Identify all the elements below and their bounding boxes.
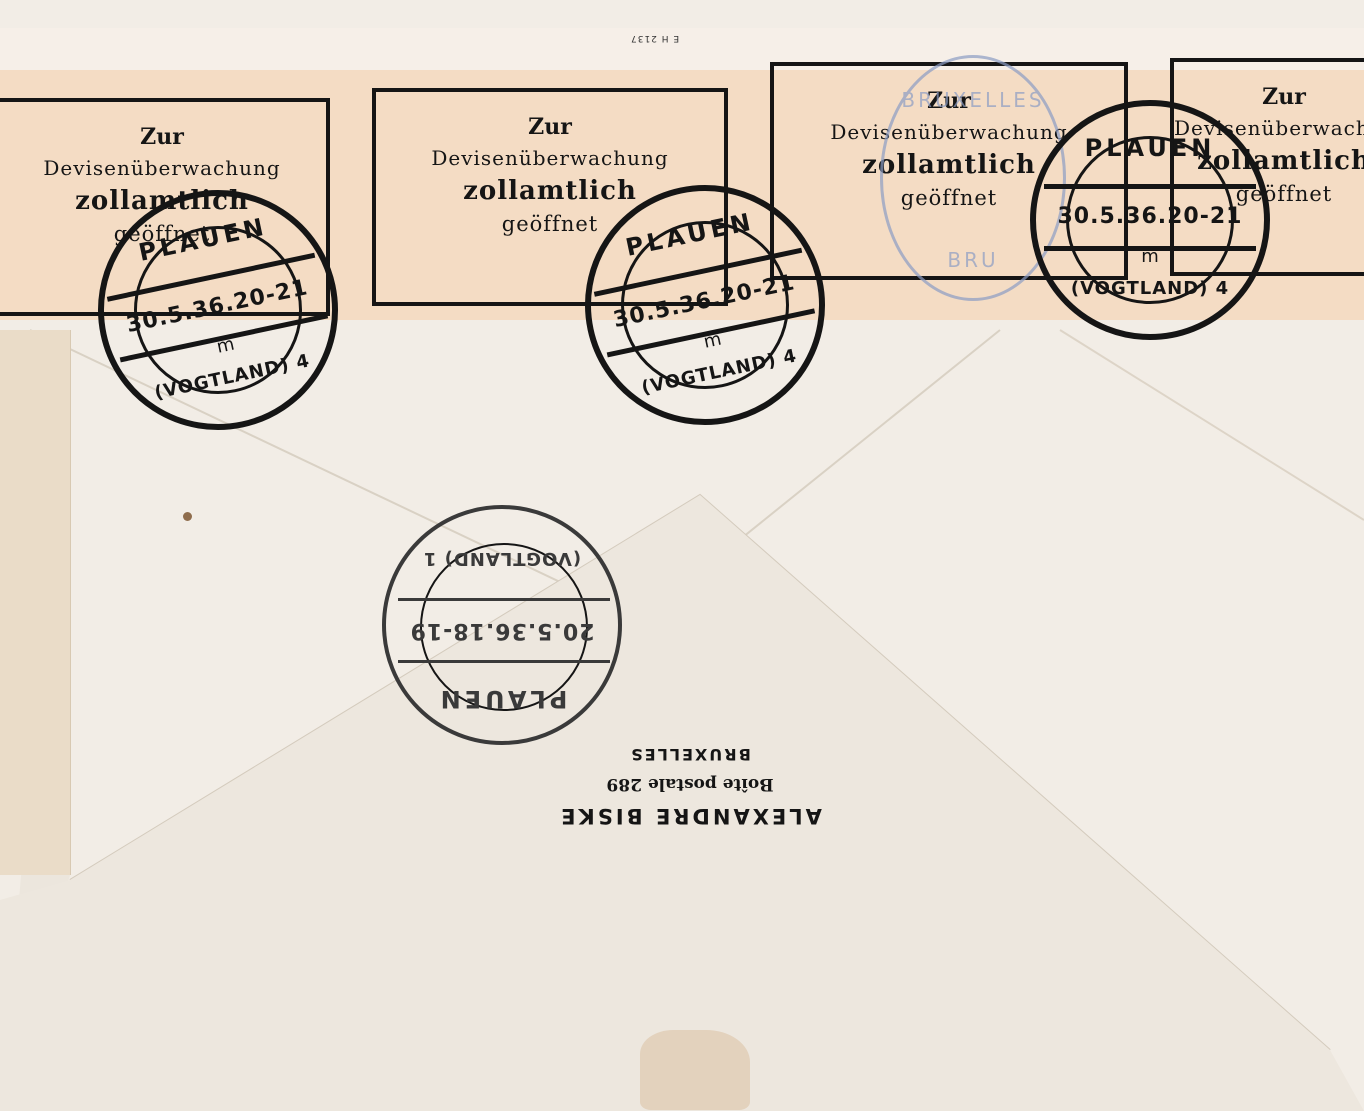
postmark-date: 20.5.36.18-19 — [386, 618, 618, 643]
blue-postmark-city: BRUXELLES — [883, 88, 1063, 112]
postmark-city: PLAUEN — [1036, 134, 1264, 162]
envelope-back: E H 2137 Zur Devisenüberwachung zollamtl… — [0, 0, 1364, 1111]
left-tape-strip — [0, 330, 71, 875]
postmark-letter: m — [1036, 246, 1264, 267]
stain — [640, 1030, 750, 1110]
postmark-region: (VOGTLAND) 1 — [386, 548, 618, 569]
postmark-date: 30.5.36.20-21 — [1036, 204, 1264, 229]
postmark-city: PLAUEN — [386, 685, 618, 713]
label-line: Devisenüberwachung — [376, 146, 724, 170]
label-line: Zur — [0, 124, 326, 150]
plauen-postmark: PLAUEN 30.5.36.20-21 m (VOGTLAND) 4 — [1030, 100, 1270, 340]
label-line: Devisenüberwachung — [0, 156, 326, 180]
sender-po-box: Boîte postale 289 — [500, 774, 880, 794]
plauen-arrival-postmark: PLAUEN 20.5.36.18-19 (VOGTLAND) 1 — [382, 505, 622, 745]
sender-name: ALEXANDRE BISKE — [500, 804, 880, 828]
sender-city: BRUXELLES — [500, 745, 880, 764]
label-line: Zur — [1174, 84, 1364, 110]
print-code: E H 2137 — [630, 33, 679, 43]
tape-top-margin — [0, 28, 1364, 70]
label-line: Zur — [376, 114, 724, 140]
stain — [183, 512, 192, 521]
sender-address: ALEXANDRE BISKE Boîte postale 289 BRUXEL… — [500, 745, 880, 828]
postmark-region: (VOGTLAND) 4 — [1036, 278, 1264, 299]
